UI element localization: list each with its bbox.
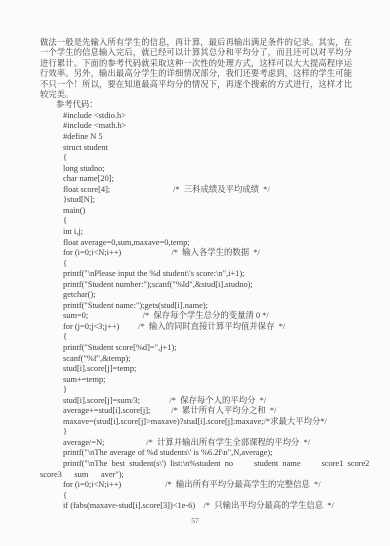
code-line: #include <math.h> [63, 121, 352, 132]
code-line: } [63, 385, 352, 396]
code-line: { [63, 332, 352, 343]
code-line: int i,j; [63, 227, 352, 238]
code-line: { [63, 216, 352, 227]
code-line: { [63, 259, 352, 270]
document-page: 做法一般是先输入所有学生的信息，再计算，最后再输出满足条件的记录。其实，在一个学… [0, 0, 390, 546]
code-line: for (j=0;j<3;j++) /* 输入的同时直接计算平均值并保存 */ [63, 322, 352, 333]
code-line-wrapped: score3 sum aver"); [40, 470, 352, 481]
code-line: stud[i].score[j]=sum/3; /* 保存每个人的平均分 */ [63, 396, 352, 407]
code-line: #define N 5 [63, 132, 352, 143]
code-line: char name[20]; [63, 174, 352, 185]
code-line: printf("Student number:");scanf("%ld",&s… [63, 280, 352, 291]
code-line: maxave=(stud[i].score[j]>maxave)?stud[i]… [63, 417, 352, 428]
code-heading: 参考代码： [56, 100, 352, 111]
code-line: struct student [63, 143, 352, 154]
code-line: if (fabs(maxave-stud[i].score[3])<1e-6) … [63, 501, 352, 512]
code-line: sum+=temp; [63, 375, 352, 386]
code-line: printf("Student name:");gets(stud[i].nam… [63, 301, 352, 312]
code-line: printf("\nPlease input the %d student\'s… [63, 269, 352, 280]
code-line: { [63, 153, 352, 164]
code-line: for (i=0;i<N;i++) /* 输出所有平均分最高学生的完整信息 */ [63, 480, 352, 491]
code-line: scanf("%f",&temp); [63, 354, 352, 365]
code-line: printf("\nThe average of %d students\' i… [63, 448, 352, 459]
code-line: for (i=0;i<N;i++) /* 输入各学生的数据 */ [63, 248, 352, 259]
code-line: { [63, 491, 352, 502]
code-line: printf("\nThe best student(s\') list:\n%… [63, 459, 352, 470]
code-listing: #include <stdio.h> #include <math.h> #de… [63, 111, 352, 512]
page-content: 做法一般是先输入所有学生的信息，再计算，最后再输出满足条件的记录。其实，在一个学… [40, 38, 352, 512]
code-line: printf("Student score[%d]=",j+1); [63, 343, 352, 354]
code-line: average/=N; /* 计算并输出所有学生全部课程的平均分 */ [63, 438, 352, 449]
code-line: long studno; [63, 164, 352, 175]
code-line: float average=0,sum,maxave=0,temp; [63, 238, 352, 249]
code-line: }stud[N]; [63, 195, 352, 206]
code-line: stud[i].score[j]=temp; [63, 364, 352, 375]
code-line: #include <stdio.h> [63, 111, 352, 122]
intro-paragraph: 做法一般是先输入所有学生的信息，再计算，最后再输出满足条件的记录。其实，在一个学… [40, 38, 352, 100]
code-line: float score[4]; /* 三科成绩及平均成绩 */ [63, 185, 352, 196]
page-number: 57 [0, 516, 390, 525]
code-line: sum=0; /* 保存每个学生总分的变量清 0 */ [63, 311, 352, 322]
code-line: } [63, 427, 352, 438]
code-line: getchar(); [63, 290, 352, 301]
code-line: average+=stud[i].score[j]; /* 累计所有人平均分之和… [63, 406, 352, 417]
code-line: main() [63, 206, 352, 217]
